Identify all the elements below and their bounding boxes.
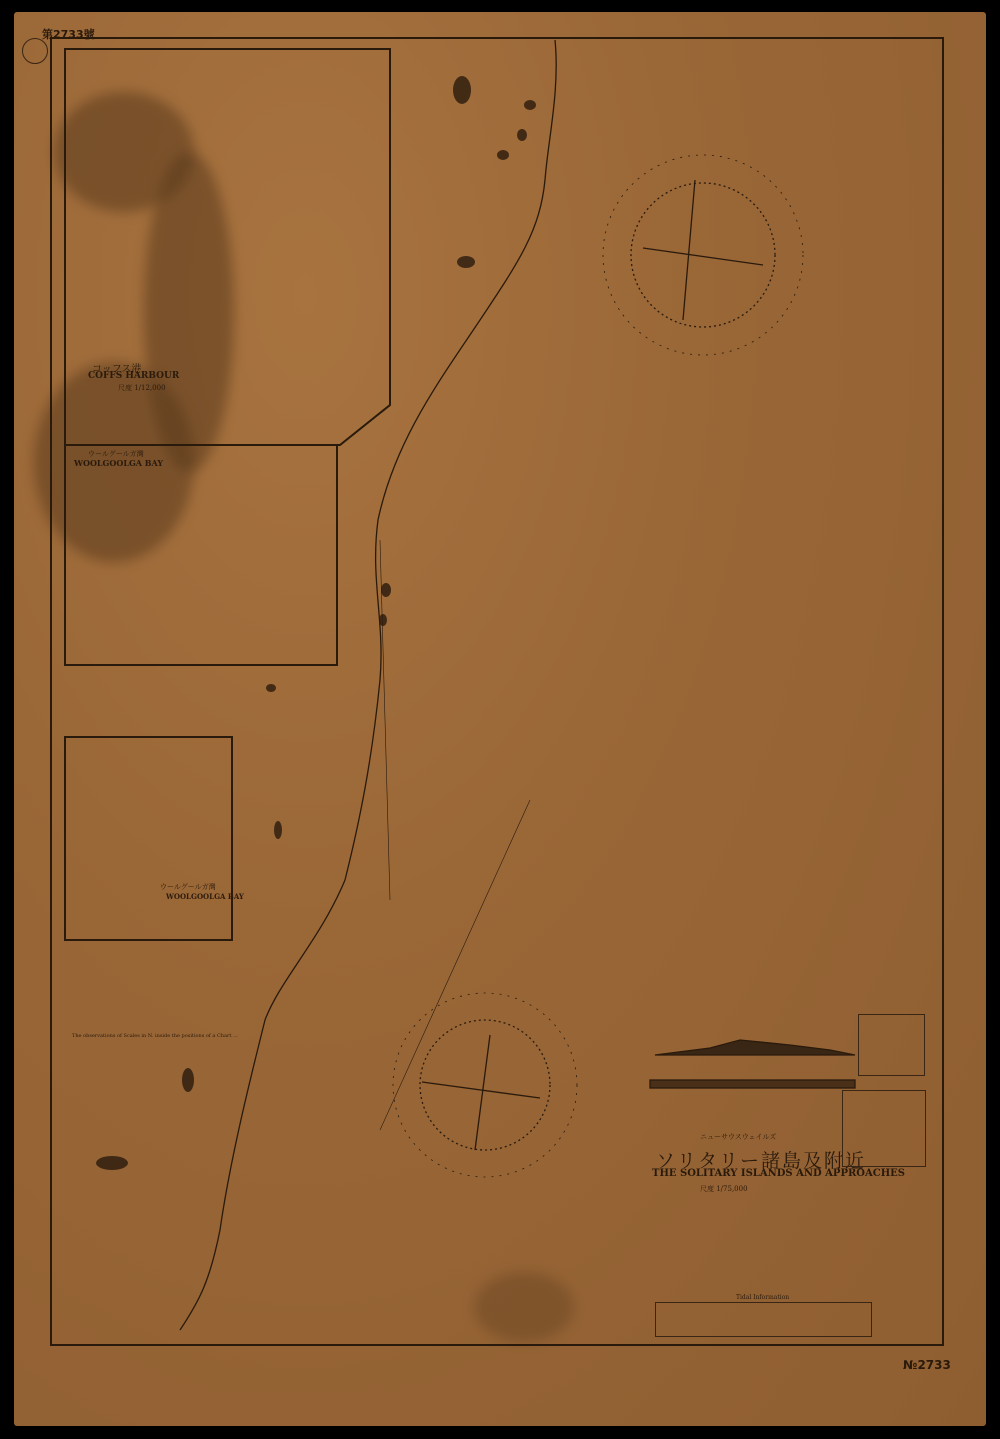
fathoms-conversion-table [858, 1014, 925, 1076]
chart-scale: 尺度 1/75,000 [700, 1184, 748, 1194]
inset-woolgoolga2-japanese: ウールグールガ灣 [160, 882, 216, 892]
inset-coffs-scale: 尺度 1/12,000 [118, 383, 166, 393]
inset-woolgoolga2-english: WOOLGOOLGA BAY [166, 892, 244, 901]
feet-conversion-table [842, 1090, 926, 1167]
chart-number-bottom: №2733 [903, 1358, 951, 1372]
observations-note: The observations of Scales in N. inside … [72, 1033, 238, 1039]
inset-woolgoolga-english: WOOLGOOLGA BAY [74, 458, 163, 468]
tidal-information-table: Tidal Information [655, 1302, 872, 1337]
region-japanese: ニューサウスウェイルズ [700, 1132, 776, 1142]
inset-coffs-english: COFFS HARBOUR [88, 371, 179, 381]
chart-title-english: THE SOLITARY ISLANDS AND APPROACHES [652, 1168, 905, 1179]
chart-drawing [0, 0, 1000, 1439]
